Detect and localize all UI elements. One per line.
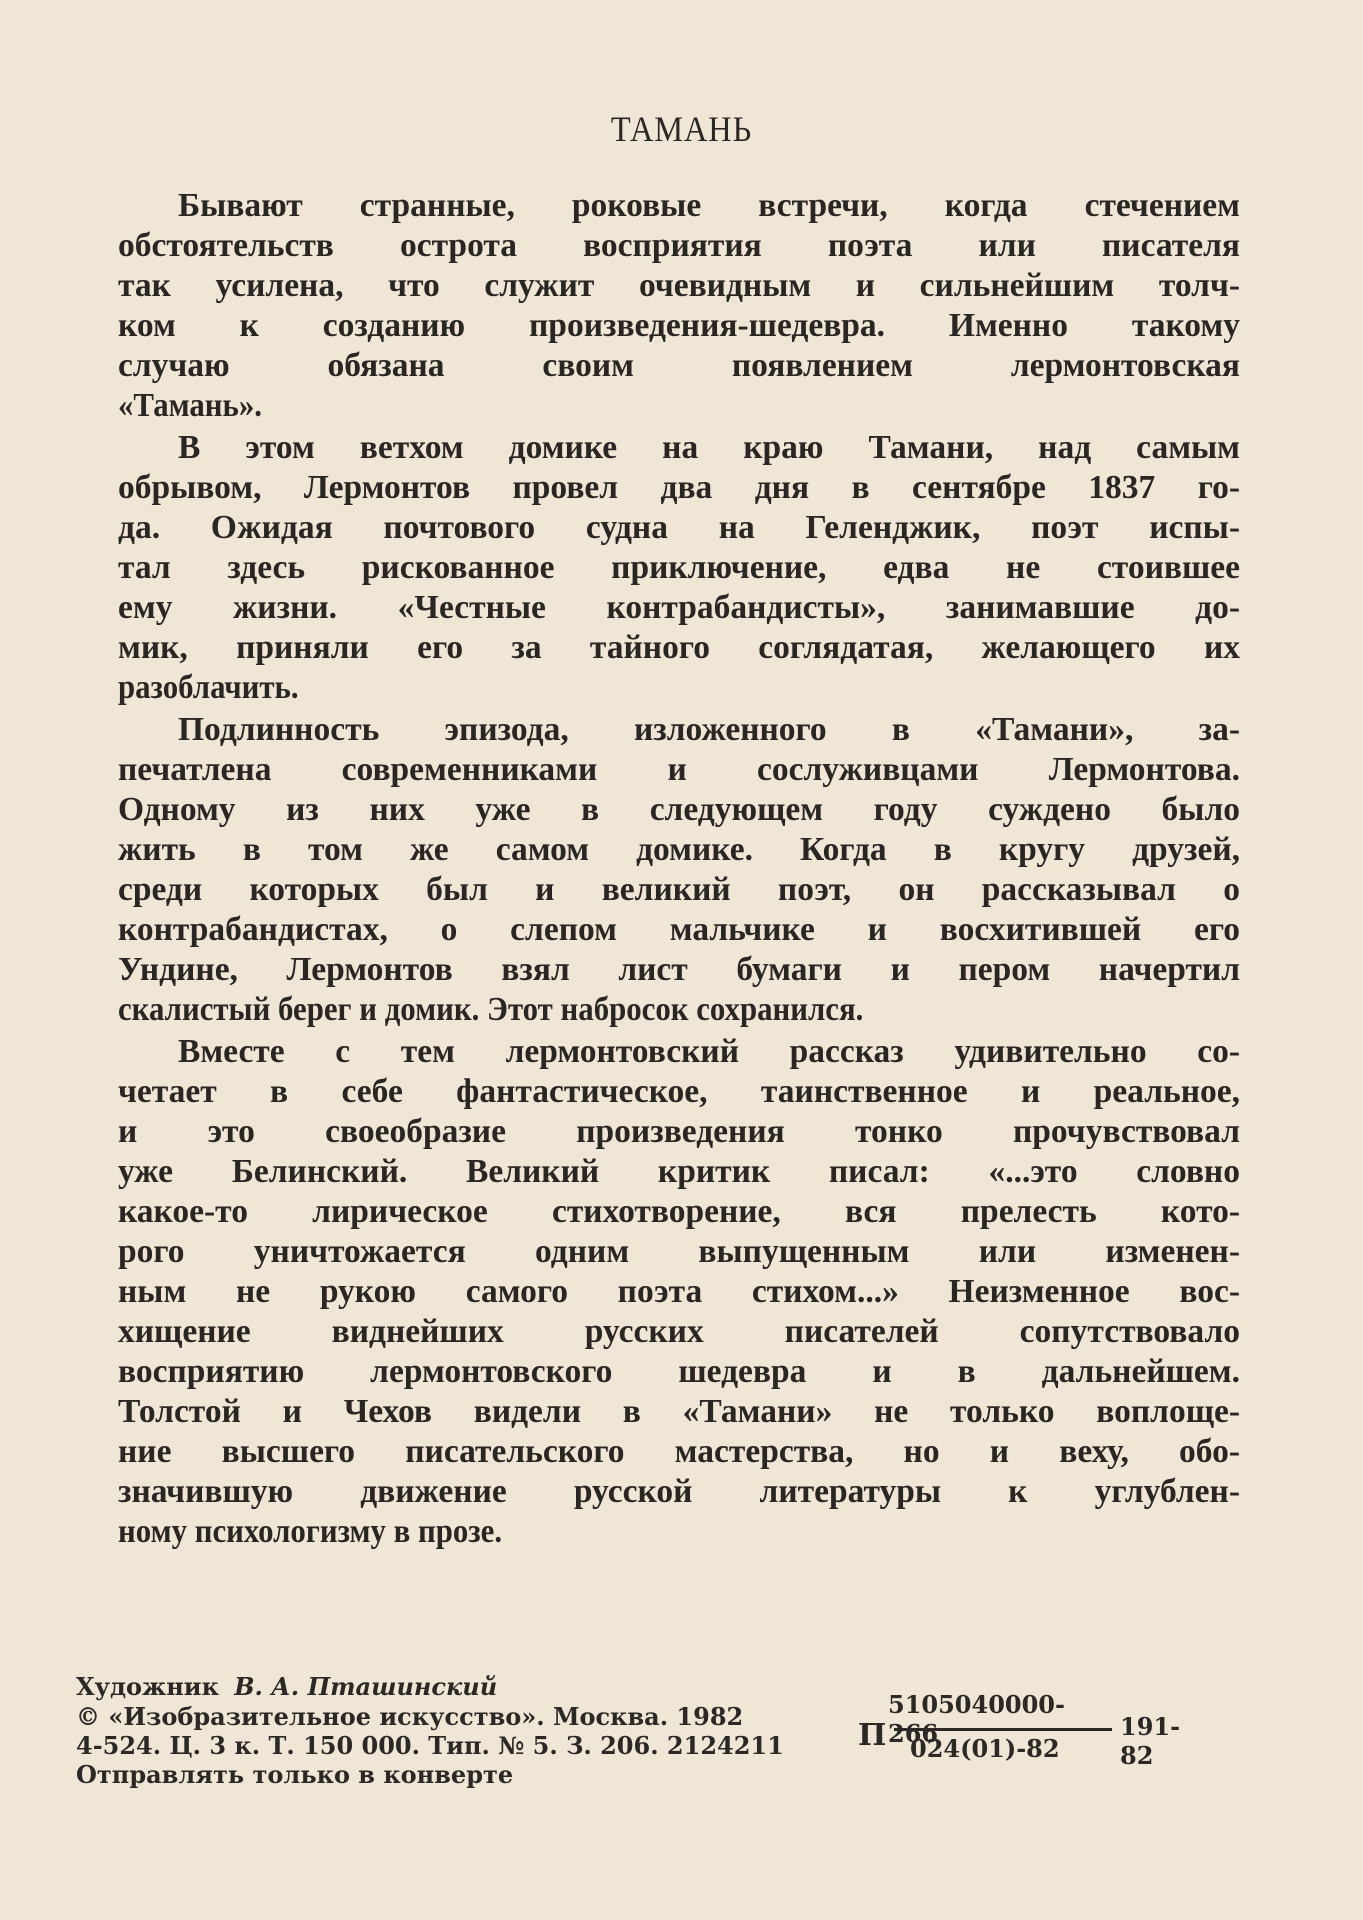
artist-label: Художник bbox=[76, 1672, 219, 1701]
artist-name: В. А. Пташинский bbox=[234, 1672, 497, 1701]
text-line: так усилена, что служит очевидным и силь… bbox=[118, 266, 1240, 306]
paragraph: В этом ветхом домике на краю Тамани, над… bbox=[118, 428, 1240, 708]
index-denominator: 024(01)-82 bbox=[910, 1734, 1060, 1763]
text-line: восприятию лермонтовского шедевра и в да… bbox=[118, 1352, 1240, 1392]
artist-credit: Художник В. А. Пташинский bbox=[76, 1672, 1306, 1702]
text-line: скалистый берег и домик. Этот набросок с… bbox=[118, 990, 1150, 1030]
text-line: В этом ветхом домике на краю Тамани, над… bbox=[118, 428, 1240, 468]
index-prefix: П bbox=[858, 1718, 886, 1753]
text-line: и это своеобразие произведения тонко про… bbox=[118, 1112, 1240, 1152]
text-line: обрывом, Лермонтов провел два дня в сент… bbox=[118, 468, 1240, 508]
paragraph: Подлинность эпизода, изложенного в «Тама… bbox=[118, 710, 1240, 1030]
text-line: ному психологизму в прозе. bbox=[118, 1512, 1150, 1552]
text-line: тал здесь рискованное приключение, едва … bbox=[118, 548, 1240, 588]
article-body: Бывают странные, роковые встречи, когда … bbox=[118, 186, 1240, 1554]
paragraph: Вместе с тем лермонтовский рассказ удиви… bbox=[118, 1032, 1240, 1552]
text-line: ему жизни. «Честные контрабандисты», зан… bbox=[118, 588, 1240, 628]
text-line: Вместе с тем лермонтовский рассказ удиви… bbox=[118, 1032, 1240, 1072]
text-line: да. Ожидая почтового судна на Геленджик,… bbox=[118, 508, 1240, 548]
text-line: четает в себе фантастическое, таинственн… bbox=[118, 1072, 1240, 1112]
text-line: ние высшего писательского мастерства, но… bbox=[118, 1432, 1240, 1472]
text-line: «Тамань». bbox=[118, 386, 1150, 426]
text-line: какое-то лирическое стихотворение, вся п… bbox=[118, 1192, 1240, 1232]
paragraph: Бывают странные, роковые встречи, когда … bbox=[118, 186, 1240, 426]
text-line: уже Белинский. Великий критик писал: «..… bbox=[118, 1152, 1240, 1192]
text-line: Бывают странные, роковые встречи, когда … bbox=[118, 186, 1240, 226]
text-line: мик, приняли его за тайного соглядатая, … bbox=[118, 628, 1240, 668]
text-line: рого уничтожается одним выпущенным или и… bbox=[118, 1232, 1240, 1272]
page-title: ТАМАНЬ bbox=[68, 108, 1295, 150]
fraction-bar bbox=[894, 1728, 1112, 1731]
text-line: жить в том же самом домике. Когда в круг… bbox=[118, 830, 1240, 870]
text-line: хищение виднейших русских писателей сопу… bbox=[118, 1312, 1240, 1352]
postcard-back-page: ТАМАНЬ Бывают странные, роковые встречи,… bbox=[0, 0, 1363, 1920]
text-line: контрабандистах, о слепом мальчике и вос… bbox=[118, 910, 1240, 950]
text-line: печатлена современниками и сослуживцами … bbox=[118, 750, 1240, 790]
text-line: среди которых был и великий поэт, он рас… bbox=[118, 870, 1240, 910]
text-line: Толстой и Чехов видели в «Тамани» не тол… bbox=[118, 1392, 1240, 1432]
text-line: Одному из них уже в следующем году сужде… bbox=[118, 790, 1240, 830]
text-line: разоблачить. bbox=[118, 668, 1150, 708]
text-line: ным не рукою самого поэта стихом...» Неи… bbox=[118, 1272, 1240, 1312]
text-line: обстоятельств острота восприятия поэта и… bbox=[118, 226, 1240, 266]
text-line: Ундине, Лермонтов взял лист бумаги и пер… bbox=[118, 950, 1240, 990]
index-suffix: 191-82 bbox=[1120, 1712, 1180, 1770]
text-line: Подлинность эпизода, изложенного в «Тама… bbox=[118, 710, 1240, 750]
text-line: значившую движение русской литературы к … bbox=[118, 1472, 1240, 1512]
text-line: ком к созданию произведения-шедевра. Име… bbox=[118, 306, 1240, 346]
text-line: случаю обязана своим появлением лермонто… bbox=[118, 346, 1240, 386]
